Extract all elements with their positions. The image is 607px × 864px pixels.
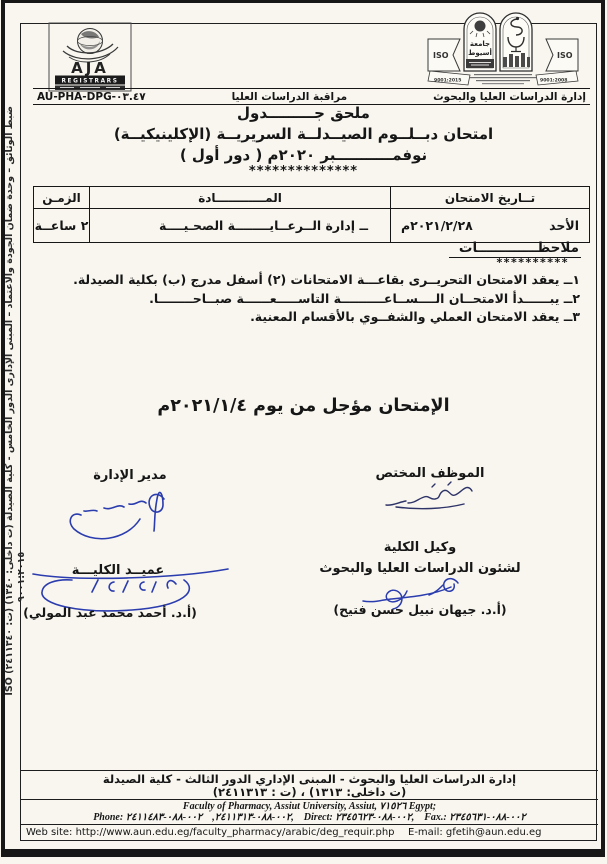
sun-icon [475, 21, 486, 32]
footer-address-ar: إدارة الدراسات العليا والبحوث - المبنى ا… [21, 772, 598, 786]
iso-right-label: ISO [557, 51, 573, 60]
aja-registrars-label: REGISTRARS [61, 79, 118, 85]
header-subject: المــــــــــــادة [89, 187, 390, 208]
title-line1: ملحق جـــــــــدول [25, 104, 582, 122]
footer-divider-2 [21, 799, 598, 800]
cell-duration: ٢ ساعــة [34, 209, 89, 242]
notes-stars: ********** [496, 256, 569, 269]
footer-website: Web site: http://www.aun.edu.eg/faculty_… [26, 827, 395, 838]
header-exam-date: تــاريخ الامتحان [390, 187, 589, 208]
document-code: AU-PHA-DPG-٠٣.٤٧ [37, 91, 146, 103]
side-note-line1: ضبط الوثائق – وحدة ضمان الجودة والاعتماد… [4, 100, 16, 660]
postponement-announcement: الإمتحان مؤجل من يوم ٢٠٢١/١/٤م [0, 396, 607, 416]
exam-schedule-table: تــاريخ الامتحان المــــــــــــادة الزم… [33, 186, 590, 243]
cell-exam-date: الأحد ٢٠٢١/٢/٢٨م [390, 209, 589, 242]
cell-subject: ــ إدارة الــرعــايــــــــة الصحـيــــة [89, 209, 390, 242]
iso-year-left: 9001:2015 [434, 78, 461, 84]
officer-signature [360, 478, 480, 514]
director-signature [48, 477, 178, 549]
vice-dean-name: (أ.د. جيهان نبيل حسن فتيح) [310, 602, 530, 617]
exam-day: الأحد [549, 218, 579, 233]
iso-left-label: ISO [433, 51, 449, 60]
footer-divider-3 [21, 824, 598, 825]
header-department-label: إدارة الدراسات العليا والبحوث [433, 91, 586, 103]
title-line2: امتحان دبــلــوم الصيــدلــة السريريــة … [25, 125, 582, 143]
university-name-line2: أسيوط [468, 48, 492, 57]
exam-date: ٢٠٢١/٢/٢٨م [401, 218, 473, 233]
university-emblem: ISO ISO 9001:2015 9001:2008 جامعة أسيوط [424, 9, 582, 93]
dean-name: (أ.د. أحمد محمد عبد المولي) [20, 605, 200, 620]
iso-year-right: 9001:2008 [540, 78, 567, 84]
table-row: الأحد ٢٠٢١/٢/٢٨م ــ إدارة الــرعــايــــ… [34, 209, 589, 242]
footer-phones-en: Phone: ٠٠٢-٠٨٨-٢٤١١٣١٣, ٠٠٢-٠٨٨-٢٤١١٤٨٣,… [21, 812, 598, 823]
header-center-label: مراقبة الدراسات العليا [232, 91, 348, 103]
aja-wordmark: AJA [71, 59, 109, 77]
footer-email: E-mail: gfetih@aun.edu.eg [408, 827, 541, 838]
aja-registrars-logo: AJA REGISTRARS [48, 22, 132, 92]
footer-divider-1 [21, 770, 598, 771]
document-page: ضبط الوثائق – وحدة ضمان الجودة والاعتماد… [0, 0, 607, 864]
note-item-1: ١ــ يعقد الامتحان التحريــرى بقاعـــة ال… [30, 271, 580, 290]
footer-address-en: Faculty of Pharmacy, Assiut University, … [21, 801, 598, 812]
footer-phones-ar: (ت داخلى: ١٣١٣) ، (ت : ٢٤١١٣١٣) [21, 785, 598, 799]
table-header-row: تــاريخ الامتحان المــــــــــــادة الزم… [34, 187, 589, 209]
header-strip: AU-PHA-DPG-٠٣.٤٧ مراقبة الدراسات العليا … [33, 88, 590, 105]
vice-dean-title: وكيل الكلية [310, 540, 530, 555]
note-item-2: ٢ــ يبــــــدأ الامتحــان الــــســاعـــ… [30, 290, 580, 309]
header-time: الزمـن [34, 187, 89, 208]
university-name-line1: جامعة [470, 40, 490, 48]
title-line3: نوفمـــــــــــبر ٢٠٢٠م ( دور أول ) [25, 146, 582, 164]
notes-list: ١ــ يعقد الامتحان التحريــرى بقاعـــة ال… [30, 271, 580, 327]
note-item-3: ٣ــ يعقد الامتحان العملي والشفــوي بالأق… [30, 308, 580, 327]
title-separator-stars: ************** [25, 164, 582, 179]
